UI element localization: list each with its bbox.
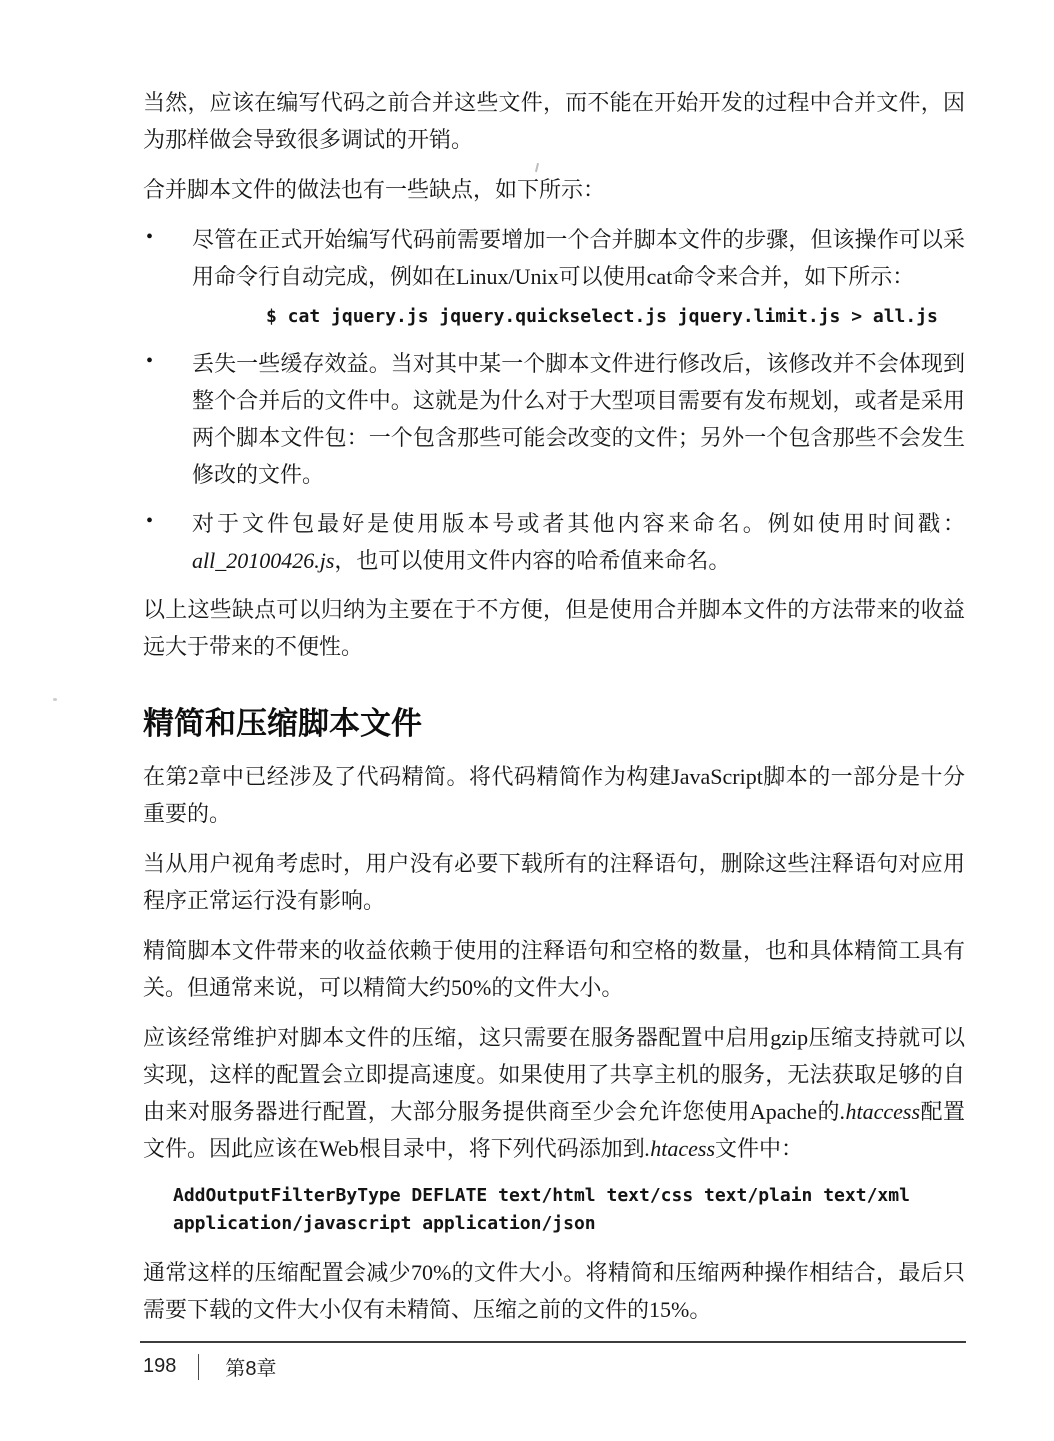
page-content: 当然，应该在编写代码之前合并这些文件，而不能在开始开发的过程中合并文件，因为那样… bbox=[143, 84, 965, 1341]
paragraph-merge-drawbacks-intro: 合并脚本文件的做法也有一些缺点，如下所示： bbox=[143, 171, 965, 208]
list-item-cache-loss: • 丢失一些缓存效益。当对其中某一个脚本文件进行修改后，该修改并不会体现到整个合… bbox=[143, 345, 965, 493]
paragraph-minify-chapter2: 在第2章中已经涉及了代码精简。将代码精简作为构建JavaScript脚本的一部分… bbox=[143, 758, 965, 832]
paragraph-drawbacks-summary: 以上这些缺点可以归纳为主要在于不方便，但是使用合并脚本文件的方法带来的收益远大于… bbox=[143, 591, 965, 665]
paragraph-user-perspective: 当从用户视角考虑时，用户没有必要下载所有的注释语句，删除这些注释语句对应用程序正… bbox=[143, 845, 965, 919]
list-item-text: ，也可以使用文件内容的哈希值来命名。 bbox=[334, 548, 730, 573]
scan-speck bbox=[53, 698, 57, 701]
code-line: application/javascript application/json bbox=[173, 1210, 965, 1238]
chapter-label: 第8章 bbox=[225, 1352, 276, 1381]
paragraph-gzip-htaccess: 应该经常维护对脚本文件的压缩，这只需要在服务器配置中启用gzip压缩支持就可以实… bbox=[143, 1019, 965, 1167]
page-number: 198 bbox=[143, 1355, 176, 1378]
code-line: AddOutputFilterByType DEFLATE text/html … bbox=[173, 1182, 965, 1210]
code-cat-command: $ cat jquery.js jquery.quickselect.js jq… bbox=[266, 304, 965, 330]
page-footer: 198 第8章 bbox=[143, 1352, 277, 1381]
paragraph-merge-before-coding: 当然，应该在编写代码之前合并这些文件，而不能在开始开发的过程中合并文件，因为那样… bbox=[143, 84, 965, 158]
htacess-filename-italic: .htacess bbox=[645, 1136, 715, 1161]
list-item-text: 对于文件包最好是使用版本号或者其他内容来命名。例如使用时间戳： bbox=[192, 511, 965, 536]
filename-italic: all_20100426.js bbox=[192, 548, 334, 573]
footer-divider bbox=[140, 1341, 966, 1343]
htaccess-filename-italic: .htaccess bbox=[840, 1099, 920, 1124]
book-page: 当然，应该在编写代码之前合并这些文件，而不能在开始开发的过程中合并文件，因为那样… bbox=[0, 0, 1054, 1441]
list-item-text: 丢失一些缓存效益。当对其中某一个脚本文件进行修改后，该修改并不会体现到整个合并后… bbox=[192, 351, 965, 487]
drawbacks-list: • 尽管在正式开始编写代码前需要增加一个合并脚本文件的步骤，但该操作可以采用命令… bbox=[143, 221, 965, 579]
bullet-icon: • bbox=[146, 503, 153, 540]
code-apache-deflate: AddOutputFilterByType DEFLATE text/html … bbox=[173, 1182, 965, 1238]
list-item-extra-step: • 尽管在正式开始编写代码前需要增加一个合并脚本文件的步骤，但该操作可以采用命令… bbox=[143, 221, 965, 330]
bullet-icon: • bbox=[146, 219, 153, 256]
paragraph-compression-result: 通常这样的压缩配置会减少70%的文件大小。将精简和压缩两种操作相结合，最后只需要… bbox=[143, 1254, 965, 1328]
list-item-naming: • 对于文件包最好是使用版本号或者其他内容来命名。例如使用时间戳：all_201… bbox=[143, 505, 965, 579]
paragraph-minify-benefit: 精简脚本文件带来的收益依赖于使用的注释语句和空格的数量，也和具体精简工具有关。但… bbox=[143, 932, 965, 1006]
list-item-text: 尽管在正式开始编写代码前需要增加一个合并脚本文件的步骤，但该操作可以采用命令行自… bbox=[192, 227, 965, 289]
bullet-icon: • bbox=[146, 343, 153, 380]
section-heading-minify-compress: 精简和压缩脚本文件 bbox=[143, 698, 965, 743]
paragraph-text: 文件中： bbox=[715, 1136, 803, 1161]
footer-separator bbox=[198, 1354, 199, 1380]
